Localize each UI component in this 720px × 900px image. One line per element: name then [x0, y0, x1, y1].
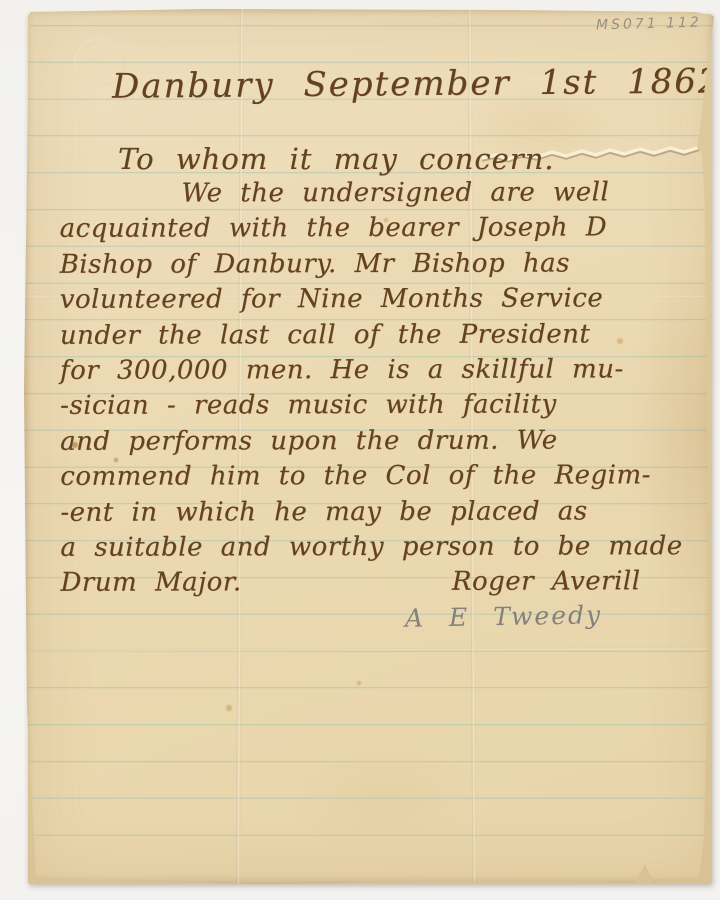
letter-closing-row: Drum Major. Roger Averill [60, 564, 676, 601]
letter-line: under the last call of the President [60, 317, 676, 354]
archive-mark: MS071 112 [596, 15, 702, 34]
letter-line: a suitable and worthy person to be made [60, 529, 676, 566]
signature-ae-tweedy: A E Tweedy [405, 600, 603, 632]
letter-salutation: To whom it may concern. [118, 142, 555, 176]
letter-line: We the undersigned are well [59, 175, 675, 212]
letter-line: for 300,000 men. He is a skillful mu- [60, 352, 676, 389]
letter-line: and performs upon the drum. We [60, 423, 676, 460]
letter-line: acquainted with the bearer Joseph D [60, 211, 676, 248]
letter-line: -sician - reads music with facility [60, 388, 676, 425]
letter-line: Bishop of Danbury. Mr Bishop has [60, 246, 676, 283]
letter-paper: MS071 112 Danbury September 1st 1862. To… [24, 8, 716, 886]
letter-line: -ent in which he may be placed as [60, 494, 676, 531]
letter-body: We the undersigned are well acquainted w… [59, 175, 676, 601]
letter-closing: Drum Major. [60, 566, 241, 602]
letter-line: commend him to the Col of the Regim- [60, 458, 676, 495]
signature-roger-averill: Roger Averill [452, 565, 641, 601]
letter-line: volunteered for Nine Months Service [60, 281, 676, 318]
scan-background: MS071 112 Danbury September 1st 1862. To… [0, 0, 720, 900]
letter-dateline: Danbury September 1st 1862. [112, 61, 720, 106]
